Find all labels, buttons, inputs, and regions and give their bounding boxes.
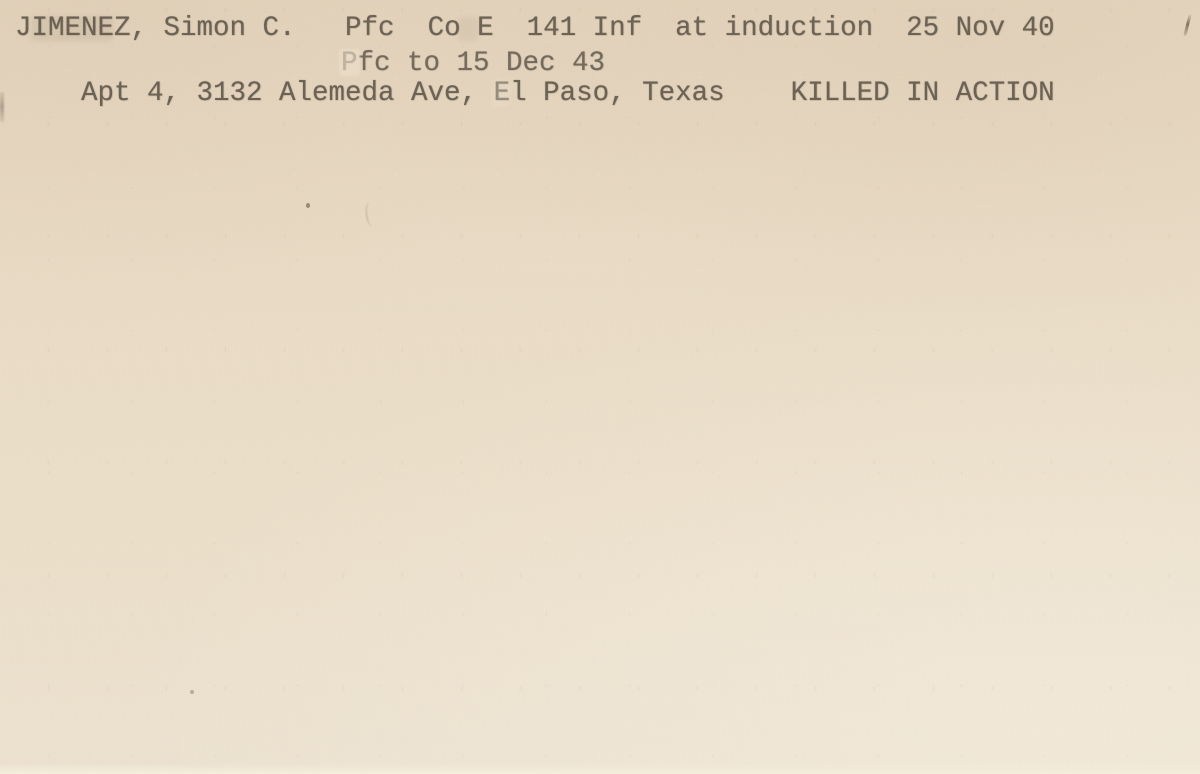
card-line-name-rank-unit: JIMENEZ, Simon C. Pfc Co E 141 Inf at in… (15, 15, 1055, 43)
card-line-promotion-date: Pfc to 15 Dec 43 (341, 50, 605, 78)
scanned-index-card: JIMENEZ, Simon C. Pfc Co E 141 Inf at in… (0, 0, 1200, 774)
scratch-mark-top-right (1183, 14, 1191, 36)
card-line-address-status: Apt 4, 3132 Alemeda Ave, El Paso, Texas … (81, 80, 1055, 108)
edge-mark-left (0, 92, 4, 122)
paper-speck (306, 203, 310, 208)
card-bottom-edge (0, 763, 1200, 774)
faint-curve-mark (365, 202, 377, 227)
paper-speck (190, 690, 194, 694)
